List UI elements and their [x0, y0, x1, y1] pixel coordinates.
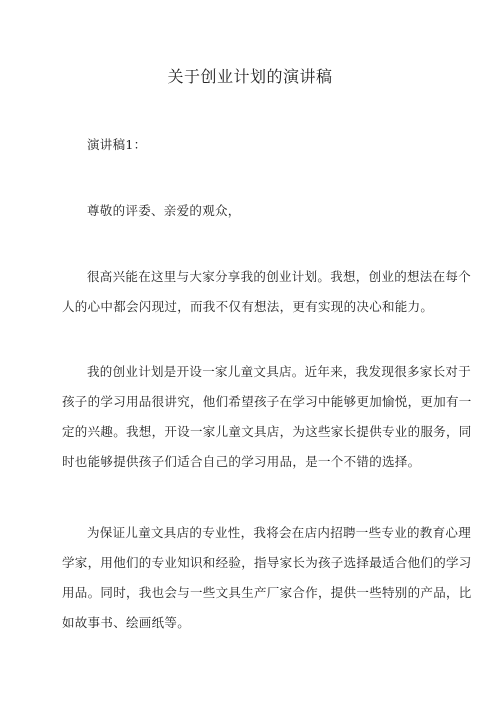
- salutation: 尊敬的评委、亲爱的观众，: [62, 196, 440, 226]
- paragraph-3: 为保证儿童文具店的专业性，我将会在店内招聘一些专业的教育心理 学家，用他们的专业…: [62, 518, 440, 638]
- paragraph-2: 我的创业计划是开设一家儿童文具店。近年来，我发现很多家长对于 孩子的学习用品很讲…: [62, 357, 440, 477]
- document-title: 关于创业计划的演讲稿: [0, 64, 500, 87]
- speech-heading: 演讲稿1：: [62, 130, 440, 160]
- paragraph-1: 很高兴能在这里与大家分享我的创业计划。我想，创业的想法在每个 人的心中都会闪现过…: [62, 262, 440, 322]
